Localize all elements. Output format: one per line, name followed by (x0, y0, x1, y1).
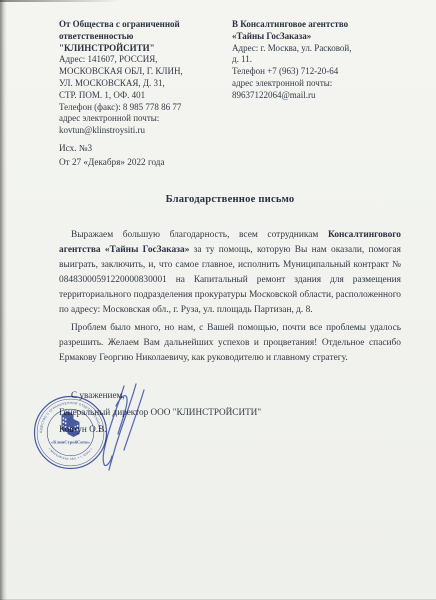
outgoing-number: Исх. №3 (59, 142, 165, 156)
handwritten-signature (94, 380, 152, 472)
sender-email-label: адрес электронной почты: (59, 113, 235, 125)
sender-address-line: СТР. ПОМ. 1, ОФ. 401 (59, 90, 235, 102)
recipient-phone-line: Телефон +7 (963) 712-20-64 (232, 66, 414, 78)
recipient-company-name: «Тайны ГосЗаказа» (232, 31, 414, 43)
p1-text-rest: за ту помощь, которую Вы нам оказали, по… (59, 245, 401, 315)
recipient-email: 89637122064@mail.ru (232, 90, 414, 102)
stamp-building-icon (62, 412, 80, 438)
recipient-email-label: адрес электронной почты: (232, 78, 414, 90)
sender-email: kovtun@klinstroysiti.ru (59, 125, 235, 137)
sender-address-line: МОСКОВСКАЯ ОБЛ, Г. КЛИН, (59, 66, 235, 78)
sender-phone-line: Телефон (факс): 8 985 778 86 77 (59, 102, 235, 114)
stamp-company-name: «КлинСтройСити» (51, 439, 91, 444)
scanned-letter-page: От Общества с ограниченной ответственнос… (0, 0, 436, 600)
sender-address-block: От Общества с ограниченной ответственнос… (59, 19, 235, 137)
reference-block: Исх. №3 От 27 «Декабря» 2022 года (59, 142, 165, 169)
sender-address-line: Адрес: 141607, РОССИЯ, (59, 54, 235, 66)
letter-title: Благодарственное письмо (59, 194, 401, 205)
sender-title-line: ответственностью (59, 31, 235, 43)
scan-edge-shadow-left (0, 0, 7, 600)
paragraph-1: Выражаем большую благодарность, всем сот… (59, 228, 401, 318)
scan-edge-shadow-top (0, 0, 120, 2)
recipient-title-line: В Консалтинговое агентство (232, 19, 414, 31)
sender-address-line: УЛ. МОСКОВСКАЯ, Д. 31, (59, 78, 235, 90)
letter-body: Выражаем большую благодарность, всем сот… (59, 228, 401, 366)
sender-company-name: "КЛИНСТРОЙСИТИ" (59, 43, 235, 55)
paragraph-2: Проблем было много, но нам, с Вашей помо… (59, 321, 401, 366)
recipient-address-line: Адрес: г. Москва, ул. Расковой, (232, 43, 414, 55)
p1-text: Выражаем большую благодарность, всем сот… (71, 230, 328, 240)
recipient-address-block: В Консалтинговое агентство «Тайны ГосЗак… (232, 19, 414, 102)
letter-date: От 27 «Декабря» 2022 года (59, 156, 165, 170)
recipient-address-line: д. 11. (232, 54, 414, 66)
sender-title-line: От Общества с ограниченной (59, 19, 235, 31)
